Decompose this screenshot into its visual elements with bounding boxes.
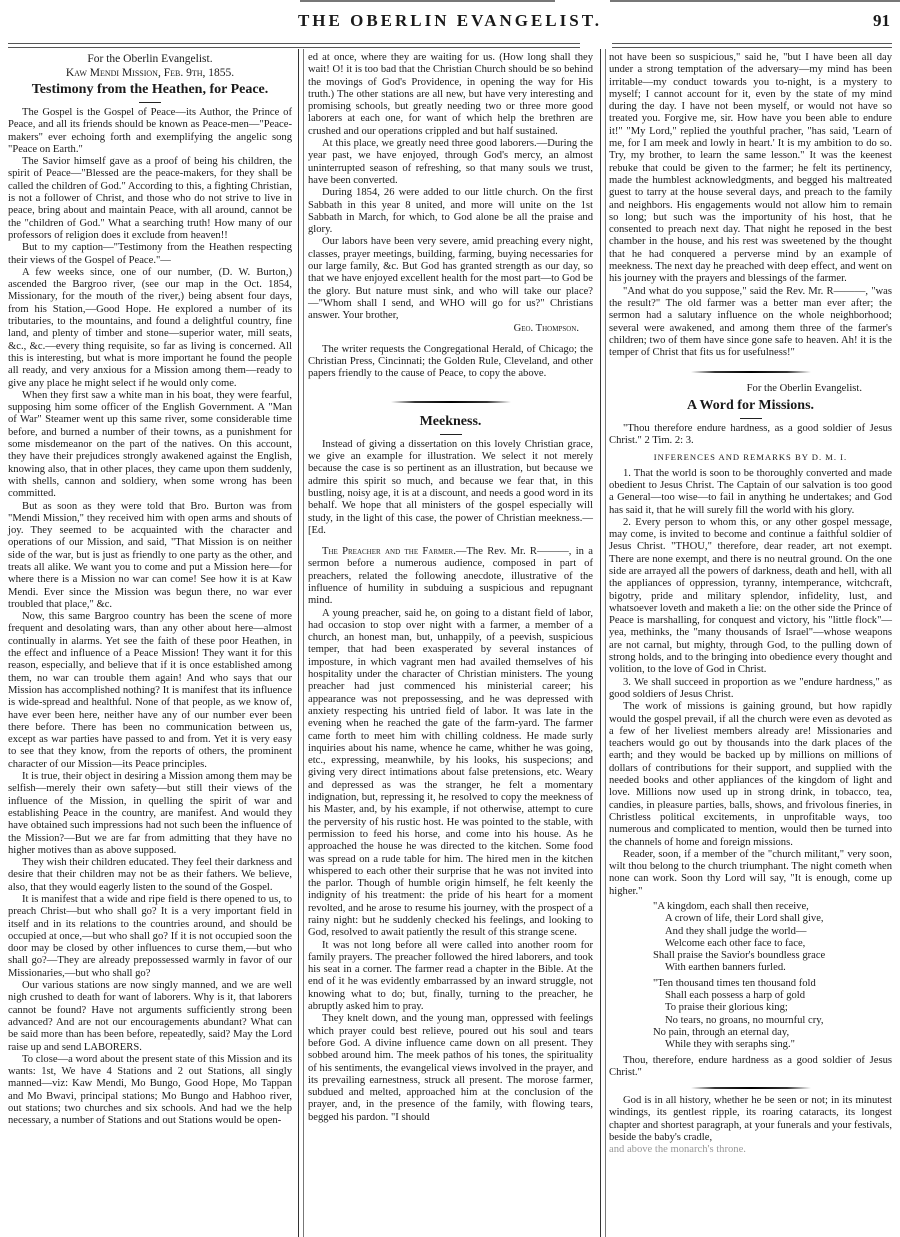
paragraph: When they first saw a white man in his b…	[8, 390, 292, 501]
paragraph: 1. That the world is soon to be thorough…	[609, 468, 892, 517]
poem-line: No tears, no groans, no mournful cry,	[653, 1015, 892, 1027]
poem-line: While they with seraphs sing."	[653, 1039, 892, 1051]
paragraph: At this place, we greatly need three goo…	[308, 138, 593, 187]
article-dateline: Kaw Mendi Mission, Feb. 9th, 1855.	[8, 66, 292, 80]
ornamental-rule	[391, 401, 511, 403]
paragraph: They wish their children educated. They …	[8, 857, 292, 894]
paragraph: 2. Every person to whom this, or any oth…	[609, 517, 892, 677]
paragraph: A few weeks since, one of our number, (D…	[8, 267, 292, 390]
ornamental-rule	[691, 371, 811, 373]
paragraph: not have been so suspicious," said he, "…	[609, 52, 892, 286]
signature: Geo. Thompson.	[308, 323, 593, 335]
ornamental-rule	[691, 1087, 811, 1089]
article-headline: A Word for Missions.	[609, 397, 892, 415]
column-1: For the Oberlin Evangelist. Kaw Mendi Mi…	[8, 52, 292, 1128]
poem-line: Shall praise the Savior's boundless grac…	[653, 950, 892, 962]
poem-stanza: "A kingdom, each shall then receive, A c…	[609, 901, 892, 975]
filler-paragraph: God is in all history, whether he be see…	[609, 1095, 892, 1144]
paragraph: But as soon as they were told that Bro. …	[8, 501, 292, 612]
newspaper-title: THE OBERLIN EVANGELIST.	[0, 11, 900, 31]
filler-paragraph-faded: and above the monarch's throne.	[609, 1144, 892, 1156]
paragraph: A young preacher, said he, on going to a…	[308, 608, 593, 940]
article-headline: Meekness.	[308, 413, 593, 431]
paragraph: Our various stations are now singly mann…	[8, 980, 292, 1054]
column-divider	[600, 49, 606, 1237]
paragraph: During 1854, 26 were added to our little…	[308, 187, 593, 236]
poem-line: "A kingdom, each shall then receive,	[653, 901, 892, 913]
poem-line: A crown of life, their Lord shall give,	[653, 913, 892, 925]
header-rule	[612, 43, 892, 48]
column-3: not have been so suspicious," said he, "…	[609, 52, 892, 1157]
article-kicker: For the Oberlin Evangelist.	[609, 383, 892, 395]
masthead: THE OBERLIN EVANGELIST. 91	[0, 0, 900, 40]
paragraph: The work of missions is gaining ground, …	[609, 701, 892, 849]
short-rule	[139, 102, 161, 103]
paragraph: It was not long before all were called i…	[308, 940, 593, 1014]
paragraph: ed at once, where they are waiting for u…	[308, 52, 593, 138]
paragraph: 3. We shall succeed in proportion as we …	[609, 677, 892, 702]
poem-line: Welcome each other face to face,	[653, 938, 892, 950]
paragraph: They knelt down, and the young man, oppr…	[308, 1013, 593, 1124]
paragraph: It is manifest that a wide and ripe fiel…	[8, 894, 292, 980]
poem-line: To praise their glorious king;	[653, 1002, 892, 1014]
story-title: The Preacher and the Farmer.	[322, 546, 456, 557]
paragraph: The Gospel is the Gospel of Peace—its Au…	[8, 107, 292, 156]
header-rule	[8, 43, 580, 48]
subheading: INFERENCES AND REMARKS BY D. M. I.	[609, 451, 892, 463]
poem-stanza: "Ten thousand times ten thousand fold Sh…	[609, 978, 892, 1052]
poem-line: Shall each possess a harp of gold	[653, 990, 892, 1002]
article-headline: Testimony from the Heathen, for Peace.	[8, 81, 292, 99]
short-rule	[440, 434, 462, 435]
paragraph: "And what do you suppose," said the Rev.…	[609, 286, 892, 360]
poem-line: "Ten thousand times ten thousand fold	[653, 978, 892, 990]
reprint-request: The writer requests the Congregational H…	[308, 344, 593, 381]
paragraph: To close—a word about the present state …	[8, 1054, 292, 1128]
paragraph: But to my caption—"Testimony from the He…	[8, 242, 292, 267]
epigraph: "Thou therefore endure hardness, as a go…	[609, 423, 892, 448]
paragraph: Our labors have been very severe, amid p…	[308, 236, 593, 322]
paragraph: The Savior himself gave as a proof of be…	[8, 156, 292, 242]
column-2: ed at once, where they are waiting for u…	[308, 52, 593, 1124]
short-rule	[740, 418, 762, 419]
column-divider	[298, 49, 304, 1237]
article-kicker: For the Oberlin Evangelist.	[8, 52, 292, 66]
paragraph: It is true, their object in desiring a M…	[8, 771, 292, 857]
story-opening: The Preacher and the Farmer.—The Rev. Mr…	[308, 546, 593, 607]
poem-line: And they shall judge the world—	[653, 926, 892, 938]
poem-line: With earthen banners furled.	[653, 962, 892, 974]
editor-intro: Instead of giving a dissertation on this…	[308, 439, 593, 537]
closing-line: Thou, therefore, endure hardness as a go…	[609, 1055, 892, 1080]
paragraph: Now, this same Bargroo country has been …	[8, 611, 292, 771]
page-number: 91	[873, 11, 890, 31]
poem-line: No pain, through an eternal day,	[653, 1027, 892, 1039]
paragraph: Reader, soon, if a member of the "church…	[609, 849, 892, 898]
